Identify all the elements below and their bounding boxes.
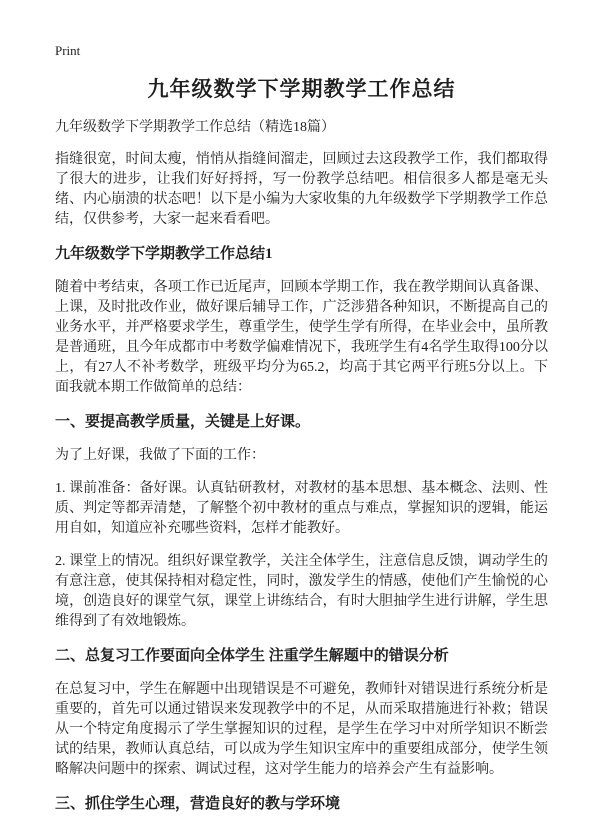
summary-1-heading: 九年级数学下学期教学工作总结1 <box>55 243 548 264</box>
section-1-lead-paragraph: 为了上好课，我做了下面的工作： <box>55 446 548 466</box>
summary-1-overview-paragraph: 随着中考结束，各项工作已近尾声，回顾本学期工作，我在教学期间认真备课、上课，及时… <box>55 278 548 398</box>
section-1-item-1-paragraph: 1. 课前准备：备好课。认真钻研教材，对教材的基本思想、基本概念、法则、性质、判… <box>55 479 548 539</box>
section-1-item-2-paragraph: 2. 课堂上的情况。组织好课堂教学，关注全体学生，注意信息反馈，调动学生的有意注… <box>55 552 548 632</box>
section-1-heading: 一、要提高教学质量，关键是上好课。 <box>55 411 548 432</box>
intro-paragraph: 指缝很宽，时间太瘦，悄悄从指缝间溜走，回顾过去这段教学工作，我们都取得了很大的进… <box>55 150 548 230</box>
section-2-paragraph: 在总复习中，学生在解题中出现错误是不可避免，教师针对错误进行系统分析是重要的，首… <box>55 680 548 780</box>
doc-subtitle: 九年级数学下学期教学工作总结（精选18篇） <box>55 119 548 137</box>
page-title: 九年级数学下学期教学工作总结 <box>55 76 548 102</box>
section-3-heading: 三、抓住学生心理，营造良好的教与学环境 <box>55 793 548 814</box>
section-2-heading: 二、总复习工作要面向全体学生 注重学生解题中的错误分析 <box>55 645 548 666</box>
print-button[interactable]: Print <box>55 43 80 58</box>
document-page: Print 九年级数学下学期教学工作总结 九年级数学下学期教学工作总结（精选18… <box>0 0 600 828</box>
